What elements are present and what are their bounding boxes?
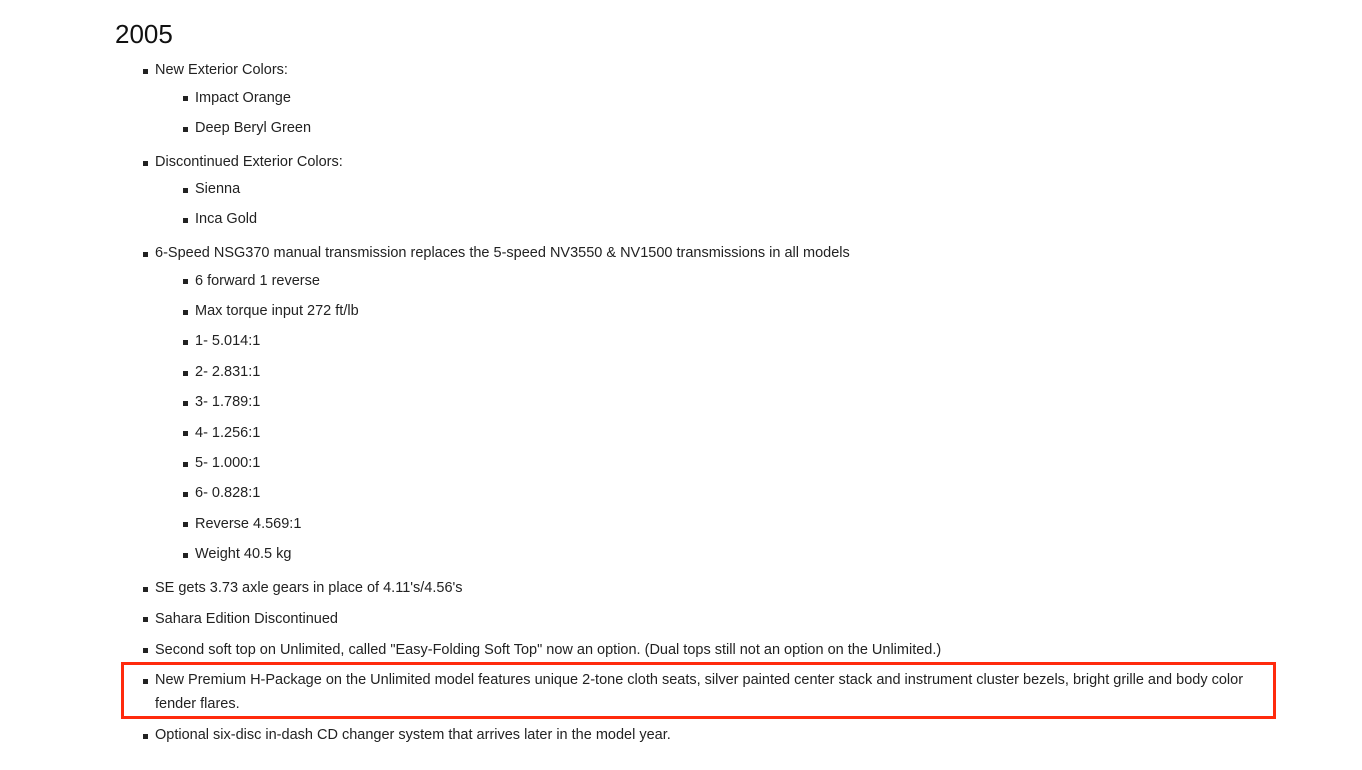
list-item-text: SE gets 3.73 axle gears in place of 4.11… <box>155 580 463 596</box>
list-item-transmission: 6-Speed NSG370 manual transmission repla… <box>155 238 1255 573</box>
sub-list-item: 1- 5.014:1 <box>195 326 1255 356</box>
square-bullet-icon <box>183 127 188 132</box>
sub-list-item: Sienna <box>195 174 1255 204</box>
changes-list: New Exterior Colors: Impact Orange Deep … <box>155 55 1255 751</box>
sub-list-item-text: 5- 1.000:1 <box>195 455 260 471</box>
square-bullet-icon <box>143 587 148 592</box>
sub-list: 6 forward 1 reverse Max torque input 272… <box>155 265 1255 569</box>
sub-list-item-text: Max torque input 272 ft/lb <box>195 303 359 319</box>
list-item-text: New Premium H-Package on the Unlimited m… <box>155 672 1243 712</box>
sub-list-item-text: Impact Orange <box>195 90 291 106</box>
sub-list-item: 2- 2.831:1 <box>195 357 1255 387</box>
sub-list-item: 6- 0.828:1 <box>195 478 1255 508</box>
sub-list-item-text: 6- 0.828:1 <box>195 485 260 501</box>
sub-list: Sienna Inca Gold <box>155 174 1255 235</box>
sub-list-item: 3- 1.789:1 <box>195 387 1255 417</box>
list-item-cd-changer: Optional six-disc in-dash CD changer sys… <box>155 720 1255 751</box>
square-bullet-icon <box>143 734 148 739</box>
sub-list-item: Reverse 4.569:1 <box>195 508 1255 538</box>
list-item-sahara: Sahara Edition Discontinued <box>155 603 1255 634</box>
square-bullet-icon <box>183 371 188 376</box>
square-bullet-icon <box>143 69 148 74</box>
list-item-soft-top: Second soft top on Unlimited, called "Ea… <box>155 634 1255 665</box>
sub-list-item-text: Sienna <box>195 181 240 197</box>
sub-list-item: 4- 1.256:1 <box>195 417 1255 447</box>
sub-list-item: 5- 1.000:1 <box>195 448 1255 478</box>
sub-list: Impact Orange Deep Beryl Green <box>155 82 1255 143</box>
sub-list-item-text: Reverse 4.569:1 <box>195 516 301 532</box>
sub-list-item: 6 forward 1 reverse <box>195 265 1255 295</box>
square-bullet-icon <box>183 431 188 436</box>
list-item-text: Sahara Edition Discontinued <box>155 611 338 627</box>
square-bullet-icon <box>143 679 148 684</box>
sub-list-item: Impact Orange <box>195 82 1255 112</box>
square-bullet-icon <box>143 161 148 166</box>
square-bullet-icon <box>183 279 188 284</box>
sub-list-item-text: 4- 1.256:1 <box>195 425 260 441</box>
list-item-text: New Exterior Colors: <box>155 62 288 78</box>
list-item-new-colors: New Exterior Colors: Impact Orange Deep … <box>155 55 1255 147</box>
list-item-discontinued-colors: Discontinued Exterior Colors: Sienna Inc… <box>155 147 1255 239</box>
sub-list-item-text: 2- 2.831:1 <box>195 364 260 380</box>
square-bullet-icon <box>143 252 148 257</box>
sub-list-item-text: 6 forward 1 reverse <box>195 273 320 289</box>
square-bullet-icon <box>143 648 148 653</box>
list-item-text: Optional six-disc in-dash CD changer sys… <box>155 727 671 743</box>
square-bullet-icon <box>183 492 188 497</box>
square-bullet-icon <box>183 218 188 223</box>
square-bullet-icon <box>143 617 148 622</box>
square-bullet-icon <box>183 553 188 558</box>
sub-list-item: Deep Beryl Green <box>195 113 1255 143</box>
list-item-axle-gears: SE gets 3.73 axle gears in place of 4.11… <box>155 573 1255 604</box>
square-bullet-icon <box>183 340 188 345</box>
sub-list-item-text: Inca Gold <box>195 211 257 227</box>
list-item-text: Discontinued Exterior Colors: <box>155 154 343 170</box>
square-bullet-icon <box>183 462 188 467</box>
sub-list-item-text: Deep Beryl Green <box>195 120 311 136</box>
sub-list-item: Inca Gold <box>195 204 1255 234</box>
sub-list-item: Weight 40.5 kg <box>195 539 1255 569</box>
list-item-h-package: New Premium H-Package on the Unlimited m… <box>155 665 1255 720</box>
sub-list-item-text: 1- 5.014:1 <box>195 333 260 349</box>
square-bullet-icon <box>183 310 188 315</box>
sub-list-item-text: Weight 40.5 kg <box>195 546 291 562</box>
list-item-text: 6-Speed NSG370 manual transmission repla… <box>155 245 850 261</box>
square-bullet-icon <box>183 401 188 406</box>
sub-list-item: Max torque input 272 ft/lb <box>195 296 1255 326</box>
sub-list-item-text: 3- 1.789:1 <box>195 394 260 410</box>
square-bullet-icon <box>183 188 188 193</box>
list-item-text: Second soft top on Unlimited, called "Ea… <box>155 642 941 658</box>
square-bullet-icon <box>183 522 188 527</box>
year-heading: 2005 <box>115 18 173 50</box>
square-bullet-icon <box>183 96 188 101</box>
